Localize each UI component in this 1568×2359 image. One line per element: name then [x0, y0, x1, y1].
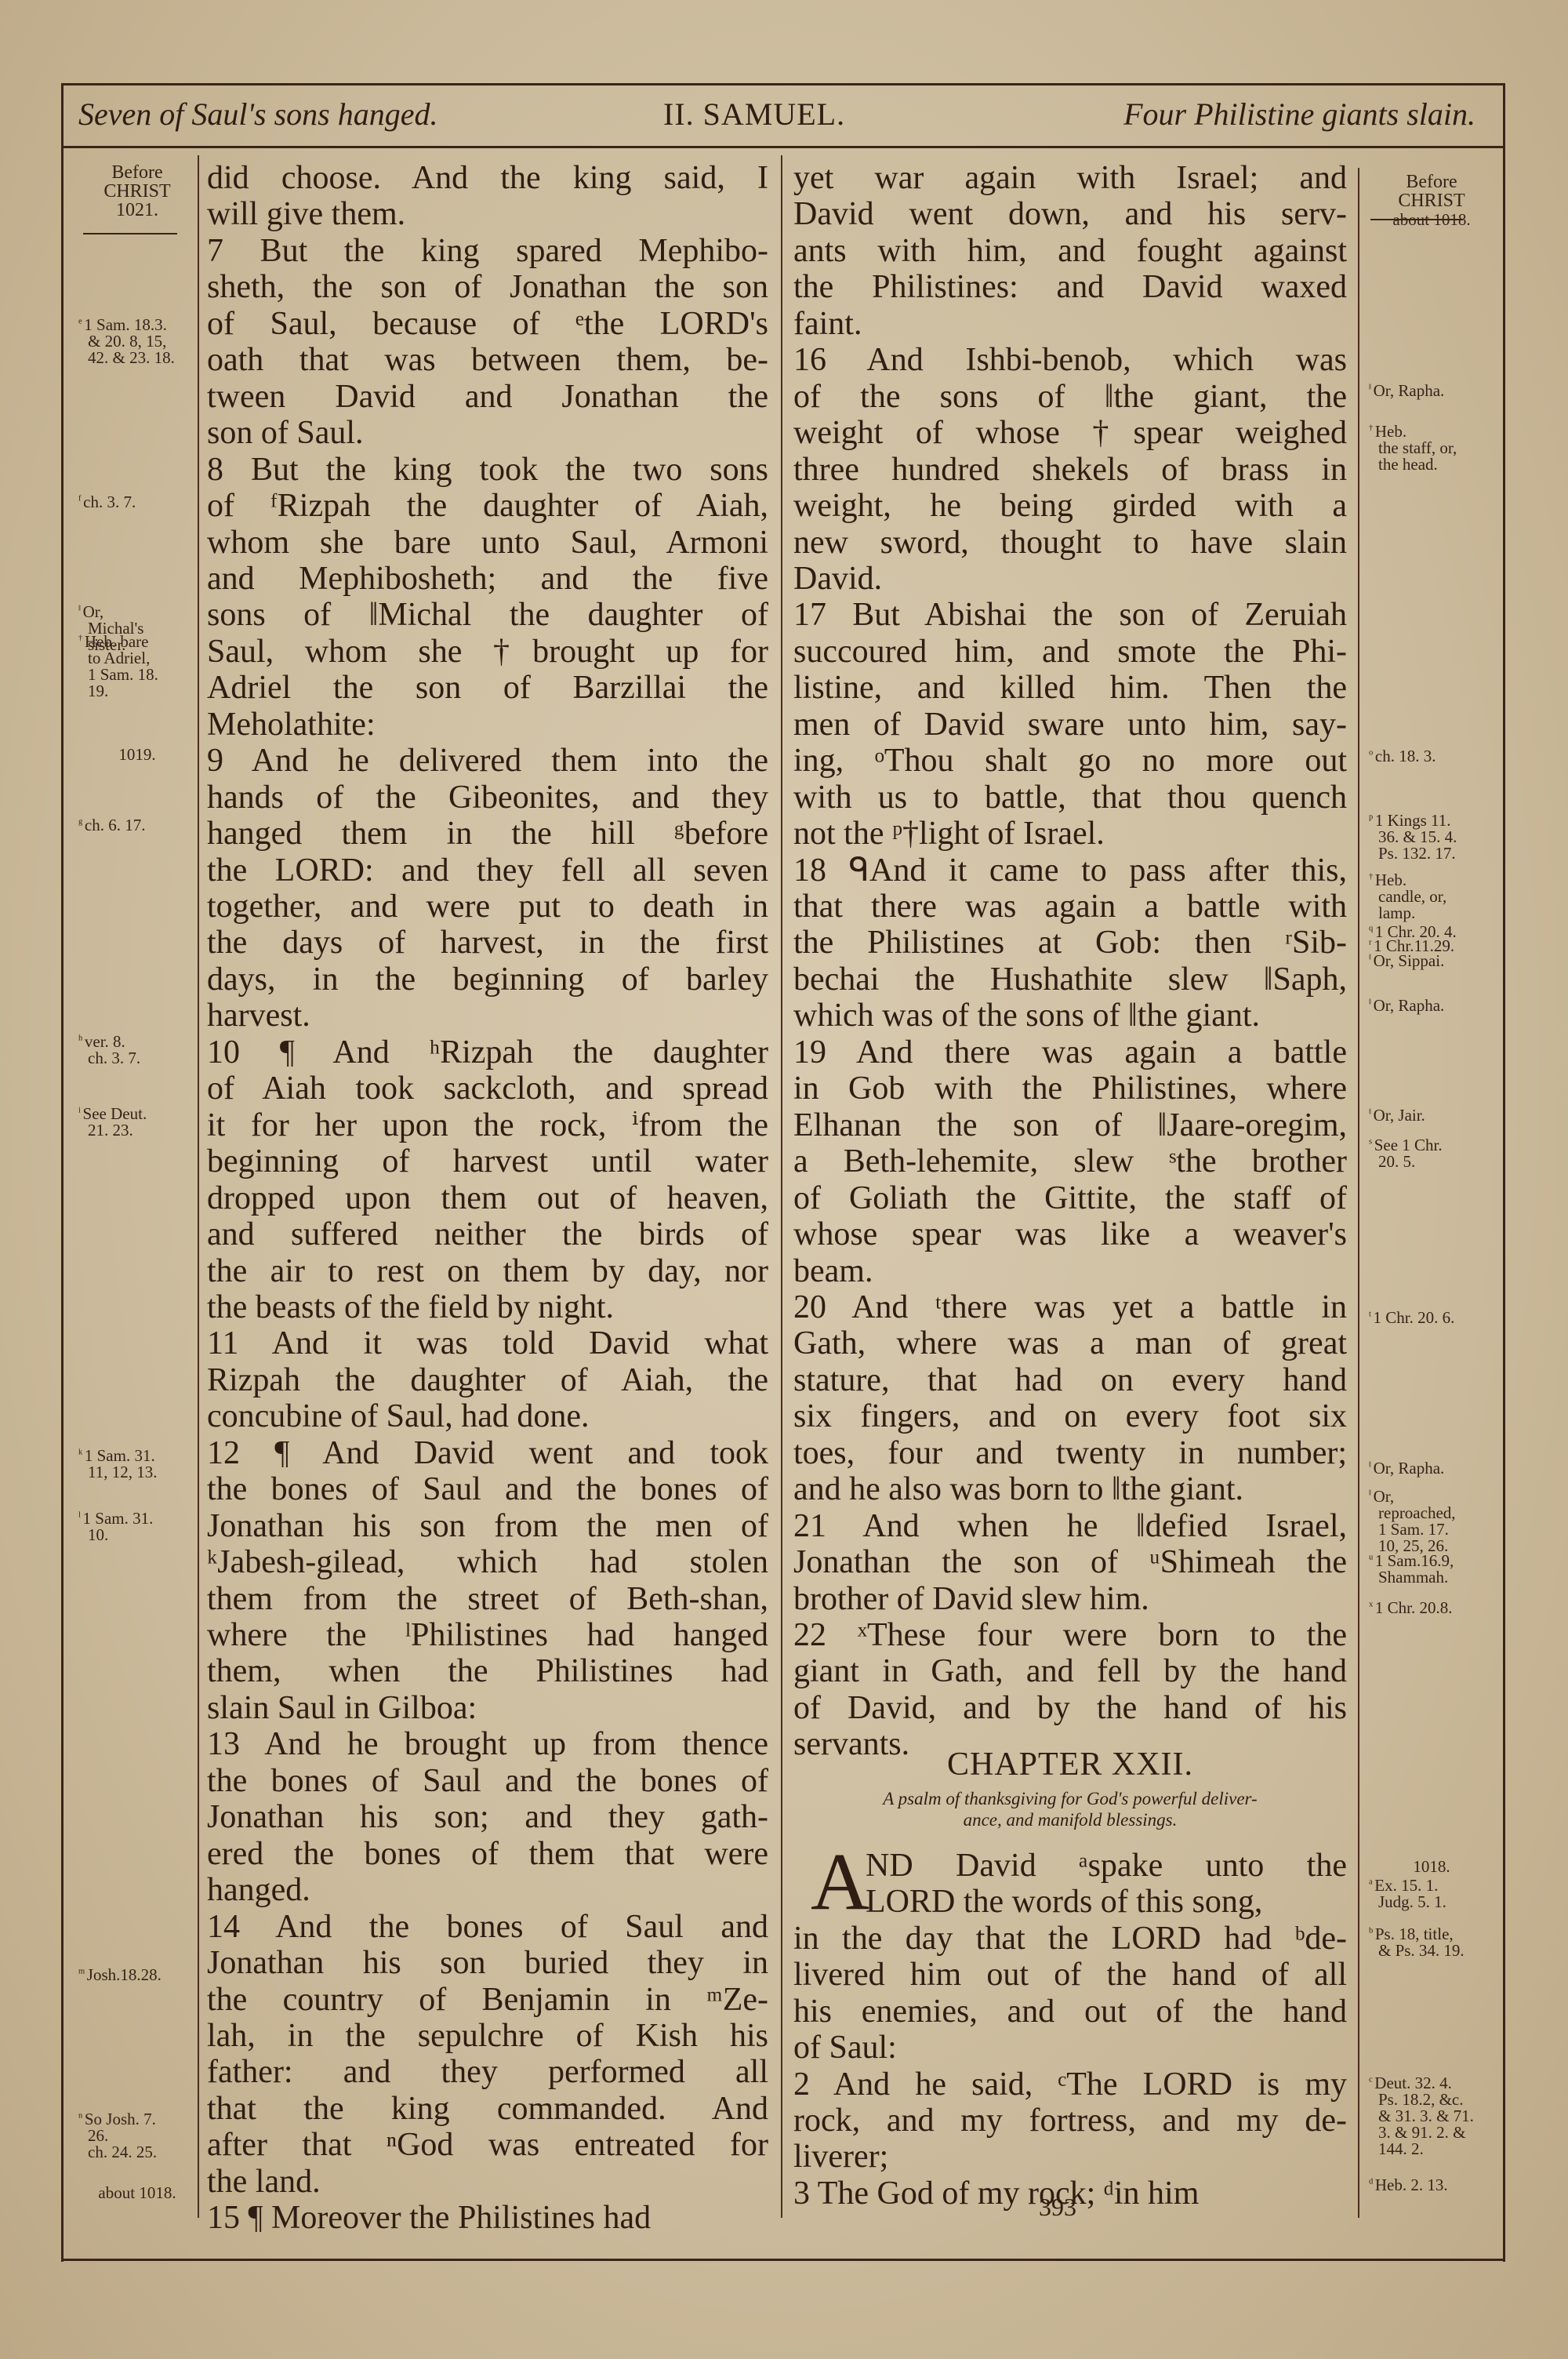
margin-note: i See Deut.21. 23.	[78, 1106, 196, 1139]
text-line: them from the street of Beth-shan,	[207, 1581, 768, 1617]
text-line: did choose. And the king said, I	[207, 160, 768, 196]
text-line: and he also was born to ‖the giant.	[793, 1471, 1347, 1507]
text-line: the bones of Saul and the bones of	[207, 1471, 768, 1507]
text-line: Gath, where was a man of great	[793, 1325, 1347, 1361]
text-line: dropped upon them out of heaven,	[207, 1180, 768, 1216]
text-line: of Saul, because of ᵉthe LORD's	[207, 306, 768, 342]
text-line: Meholathite:	[207, 707, 768, 743]
text-line: ᵏJabesh-gilead, which had stolen	[207, 1544, 768, 1580]
text-line: concubine of Saul, had done.	[207, 1398, 768, 1434]
margin-note: t 1 Chr. 20. 6.	[1369, 1310, 1494, 1326]
text-line: of David, and by the hand of his	[793, 1690, 1347, 1726]
text-line: ND David ᵃspake unto the	[866, 1848, 1347, 1884]
text-line: father: and they performed all	[207, 2054, 768, 2090]
margin-note: a Ex. 15. 1.Judg. 5. 1.	[1369, 1877, 1494, 1910]
text-line: 17 But Abishai the son of Zeruiah	[793, 597, 1347, 633]
text-line: 7 But the king spared Mephibo-	[207, 233, 768, 269]
text-line: with us to battle, that thou quench	[793, 780, 1347, 816]
margin-note: † Heb.the staff, or,the head.	[1369, 423, 1494, 473]
margin-note: † Heb. bareto Adriel,1 Sam. 18.19.	[78, 634, 196, 700]
left-margin-divider	[198, 155, 199, 2218]
margin-note: e 1 Sam. 18.3.& 20. 8, 15,42. & 23. 18.	[78, 317, 196, 366]
text-line: and Mephibosheth; and the five	[207, 561, 768, 597]
text-line: toes, four and twenty in number;	[793, 1435, 1347, 1471]
text-line: days, in the beginning of barley	[207, 961, 768, 998]
reference-mark: ‖	[1369, 383, 1374, 392]
reference-mark: ‖	[78, 605, 83, 613]
margin-note: b Ps. 18, title,& Ps. 34. 19.	[1369, 1926, 1494, 1959]
text-line: them, when the Philistines had	[207, 1653, 768, 1689]
reference-mark: ‖	[1369, 1489, 1374, 1498]
reference-mark: x	[1369, 1601, 1375, 1609]
reference-mark: †	[1369, 873, 1375, 881]
reference-mark: s	[1369, 1138, 1374, 1147]
reference-mark: ‖	[1369, 998, 1374, 1007]
text-line: 15 ¶ Moreover the Philistines had	[207, 2200, 768, 2236]
text-line: Rizpah the daughter of Aiah, the	[207, 1362, 768, 1398]
margin-note: p 1 Kings 11.36. & 15. 4.Ps. 132. 17.	[1369, 812, 1494, 862]
reference-mark: i	[78, 1107, 83, 1115]
right-date-head: Before CHRIST about 1018.	[1369, 173, 1494, 229]
text-line: it for her upon the rock, ⁱfrom the	[207, 1107, 768, 1143]
text-line: 18 ᑫAnd it came to pass after this,	[793, 852, 1347, 889]
reference-mark: u	[1369, 1554, 1375, 1562]
text-line: in Gob with the Philistines, where	[793, 1070, 1347, 1107]
margin-note: c Deut. 32. 4.Ps. 18.2, &c.& 31. 3. & 71…	[1369, 2075, 1494, 2157]
text-line: of Saul:	[793, 2030, 1347, 2066]
text-line: hands of the Gibeonites, and they	[207, 780, 768, 816]
text-line: weight of whose †spear weighed	[793, 415, 1347, 451]
margin-note: about 1018.	[78, 2185, 196, 2201]
reference-mark: r	[1369, 939, 1374, 947]
margin-note: h ver. 8.ch. 3. 7.	[78, 1034, 196, 1067]
text-line: the bones of Saul and the bones of	[207, 1763, 768, 1799]
margin-note: k 1 Sam. 31.11, 12, 13.	[78, 1448, 196, 1481]
reference-mark: ‖	[1369, 954, 1374, 962]
column-divider	[781, 155, 782, 2218]
right-margin-divider	[1358, 168, 1359, 2218]
margin-note: ‖ Or, Rapha.	[1369, 383, 1494, 399]
text-line: brother of David slew him.	[793, 1581, 1347, 1617]
text-line: after that ⁿGod was entreated for	[207, 2127, 768, 2163]
text-line: 21 And when he ‖defied Israel,	[793, 1508, 1347, 1544]
text-line: sheth, the son of Jonathan the son	[207, 269, 768, 305]
text-line: the country of Benjamin in ᵐZe-	[207, 1982, 768, 2018]
page-number: 393	[1039, 2193, 1076, 2222]
text-line: of the sons of ‖the giant, the	[793, 379, 1347, 415]
drop-cap: A	[811, 1841, 869, 1923]
text-line: the LORD: and they fell all seven	[207, 852, 768, 889]
text-line: bechai the Hushathite slew ‖Saph,	[793, 961, 1347, 998]
text-line: ing, ᵒThou shalt go no more out	[793, 743, 1347, 779]
text-line: and suffered neither the birds of	[207, 1216, 768, 1252]
text-line: yet war again with Israel; and	[793, 160, 1347, 196]
text-line: the land.	[207, 2164, 768, 2200]
text-line: succoured him, and smote the Phi-	[793, 634, 1347, 670]
text-line: harvest.	[207, 998, 768, 1034]
text-line: the beasts of the field by night.	[207, 1289, 768, 1325]
reference-mark: h	[78, 1034, 85, 1043]
text-line: Adriel the son of Barzillai the	[207, 670, 768, 706]
reference-mark: g	[78, 818, 85, 827]
text-line: LORD the words of this song,	[866, 1884, 1347, 1920]
text-line: ered the bones of them that were	[207, 1836, 768, 1872]
reference-mark: ‖	[1369, 1461, 1374, 1470]
text-line: stature, that had on every hand	[793, 1362, 1347, 1398]
text-line: the days of harvest, in the first	[207, 925, 768, 961]
left-date-rule	[83, 233, 177, 234]
text-line: whom she bare unto Saul, Armoni	[207, 525, 768, 561]
running-head-left: Seven of Saul's sons hanged.	[78, 93, 438, 136]
text-line: Elhanan the son of ‖Jaare-oregim,	[793, 1107, 1347, 1143]
text-line: 19 And there was again a battle	[793, 1034, 1347, 1070]
text-line: men of David sware unto him, say-	[793, 707, 1347, 743]
text-line: three hundred shekels of brass in	[793, 452, 1347, 488]
book-title: II. SAMUEL.	[663, 93, 845, 136]
margin-note: ‖ Or, Rapha.	[1369, 1460, 1494, 1477]
reference-mark: b	[1369, 1927, 1375, 1936]
text-line: beginning of harvest until water	[207, 1143, 768, 1179]
text-line: ants with him, and fought against	[793, 233, 1347, 269]
text-line: 20 And ᵗthere was yet a battle in	[793, 1289, 1347, 1325]
text-line: of Aiah took sackcloth, and spread	[207, 1070, 768, 1107]
text-line: 11 And it was told David what	[207, 1325, 768, 1361]
chapter-summary: A psalm of thanksgiving for God's powerf…	[792, 1788, 1348, 1830]
text-line: six fingers, and on every foot six	[793, 1398, 1347, 1434]
margin-note: l 1 Sam. 31.10.	[78, 1510, 196, 1543]
text-line: 2 And he said, ᶜThe LORD is my	[793, 2066, 1347, 2103]
text-line: that the king commanded. And	[207, 2091, 768, 2127]
text-line: sons of ‖Michal the daughter of	[207, 597, 768, 633]
reference-mark: o	[1369, 749, 1375, 758]
reference-mark: e	[78, 318, 84, 326]
margin-note: d Heb. 2. 13.	[1369, 2177, 1494, 2194]
right-date-rule	[1370, 219, 1463, 220]
text-line: oath that was between them, be-	[207, 342, 768, 378]
text-line: 8 But the king took the two sons	[207, 452, 768, 488]
margin-note: ‖ Or,reproached,1 Sam. 17.10, 25, 26.	[1369, 1488, 1494, 1554]
text-line: liverer;	[793, 2139, 1347, 2175]
text-line: Jonathan the son of ᵘShimeah the	[793, 1544, 1347, 1580]
margin-note: † Heb.candle, or,lamp.	[1369, 872, 1494, 921]
text-line: Jonathan his son; and they gath-	[207, 1799, 768, 1835]
text-line: David went down, and his serv-	[793, 196, 1347, 232]
text-line: the air to rest on them by day, nor	[207, 1253, 768, 1289]
text-line: rock, and my fortress, and my de-	[793, 2103, 1347, 2139]
reference-mark: m	[78, 1968, 87, 1976]
reference-mark: k	[78, 1448, 85, 1457]
margin-note: ‖ Or, Sippai.	[1369, 953, 1494, 969]
text-line: in the day that the LORD had ᵇde-	[793, 1921, 1347, 1957]
margin-note: 1019.	[78, 747, 196, 763]
text-line: hanged them in the hill ᵍbefore	[207, 816, 768, 852]
text-line: that there was again a battle with	[793, 889, 1347, 925]
reference-mark: p	[1369, 813, 1375, 822]
reference-mark: a	[1369, 1878, 1374, 1887]
margin-note: s See 1 Chr.20. 5.	[1369, 1137, 1494, 1170]
text-line: 13 And he brought up from thence	[207, 1726, 768, 1762]
text-line: Saul, whom she †brought up for	[207, 634, 768, 670]
text-line: lah, in the sepulchre of Kish his	[207, 2018, 768, 2054]
text-line: Jonathan his son buried they in	[207, 1945, 768, 1981]
text-line: new sword, thought to have slain	[793, 525, 1347, 561]
margin-note: o ch. 18. 3.	[1369, 748, 1494, 765]
text-line: 9 And he delivered them into the	[207, 743, 768, 779]
text-line: 14 And the bones of Saul and	[207, 1909, 768, 1945]
margin-note: f ch. 3. 7.	[78, 494, 196, 511]
text-line: weight, he being girded with a	[793, 488, 1347, 524]
text-line: hanged.	[207, 1872, 768, 1908]
text-line: which was of the sons of ‖the giant.	[793, 998, 1347, 1034]
bottom-rule	[61, 2259, 1505, 2261]
text-line: 10 ¶ And ʰRizpah the daughter	[207, 1034, 768, 1070]
reference-mark: †	[1369, 424, 1375, 433]
reference-mark: ‖	[1369, 1108, 1374, 1117]
text-line: his enemies, and out of the hand	[793, 1994, 1347, 2030]
margin-note: ‖ Or, Rapha.	[1369, 998, 1494, 1014]
reference-mark: d	[1369, 2178, 1375, 2186]
text-line: 16 And Ishbi-benob, which was	[793, 342, 1347, 378]
text-line: the Philistines at Gob: then ʳSib-	[793, 925, 1347, 961]
chapter-title: CHAPTER XXII.	[792, 1746, 1348, 1783]
margin-note: m Josh.18.28.	[78, 1967, 196, 1983]
margin-note: ‖ Or, Jair.	[1369, 1107, 1494, 1124]
margin-note: n So Josh. 7.26.ch. 24. 25.	[78, 2111, 196, 2161]
reference-mark: n	[78, 2112, 85, 2121]
margin-note: g ch. 6. 17.	[78, 817, 196, 834]
margin-note: x 1 Chr. 20.8.	[1369, 1600, 1494, 1616]
header-rule	[63, 146, 1504, 148]
reference-mark: l	[78, 1511, 83, 1520]
margin-note: u 1 Sam.16.9,Shammah.	[1369, 1553, 1494, 1586]
reference-mark: f	[78, 495, 83, 503]
text-line: whose spear was like a weaver's	[793, 1216, 1347, 1252]
text-line: will give them.	[207, 196, 768, 232]
text-line: slain Saul in Gilboa:	[207, 1690, 768, 1726]
top-rule	[61, 83, 1505, 85]
reference-mark: c	[1369, 2076, 1374, 2085]
text-line: faint.	[793, 306, 1347, 342]
text-line: of Goliath the Gittite, the staff of	[793, 1180, 1347, 1216]
text-line: not the ᵖ†light of Israel.	[793, 816, 1347, 852]
text-line: tween David and Jonathan the	[207, 379, 768, 415]
text-line: livered him out of the hand of all	[793, 1957, 1347, 1993]
text-line: David.	[793, 561, 1347, 597]
text-line: listine, and killed him. Then the	[793, 670, 1347, 706]
text-line: son of Saul.	[207, 415, 768, 451]
reference-mark: †	[78, 634, 85, 643]
text-line: beam.	[793, 1253, 1347, 1289]
text-line: Jonathan his son from the men of	[207, 1508, 768, 1544]
text-line: together, and were put to death in	[207, 889, 768, 925]
reference-mark: q	[1369, 925, 1375, 933]
text-line: 22 ˣThese four were born to the	[793, 1617, 1347, 1653]
text-line: where the ˡPhilistines had hanged	[207, 1617, 768, 1653]
running-head-right: Four Philistine giants slain.	[1123, 93, 1475, 136]
margin-note: 1018.	[1369, 1859, 1494, 1875]
left-date-head: Before CHRIST 1021.	[78, 163, 196, 220]
text-line: 12 ¶ And David went and took	[207, 1435, 768, 1471]
reference-mark: t	[1369, 1310, 1374, 1319]
text-line: giant in Gath, and fell by the hand	[793, 1653, 1347, 1689]
text-line: the Philistines: and David waxed	[793, 269, 1347, 305]
text-line: of ᶠRizpah the daughter of Aiah,	[207, 488, 768, 524]
text-line: a Beth-lehemite, slew ˢthe brother	[793, 1143, 1347, 1179]
